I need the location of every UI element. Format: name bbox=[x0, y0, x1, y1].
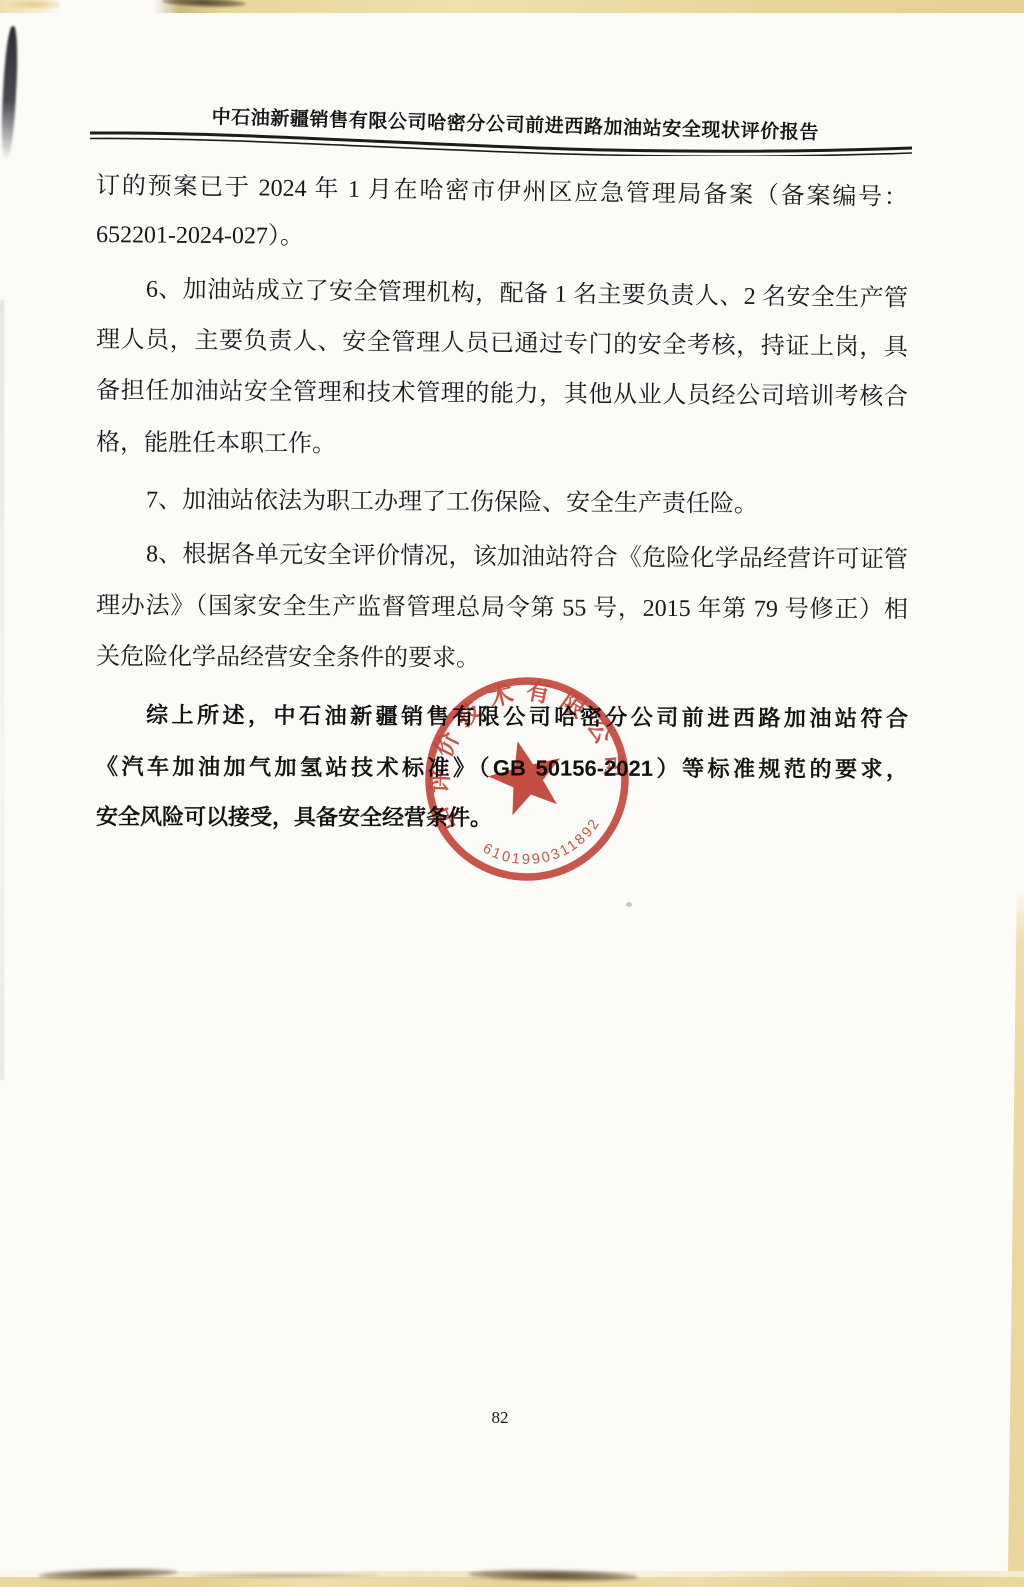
body-line: 6、加油站成立了安全管理机构，配备 1 名主要负责人、2 名安全生产管 bbox=[96, 271, 908, 317]
company-seal: 中评价技术有限公司 6101990311892 bbox=[409, 661, 645, 897]
body-line: 652201-2024-027）。 bbox=[96, 217, 908, 260]
scan-smudge-left bbox=[0, 26, 20, 161]
page-number: 82 bbox=[0, 1408, 1000, 1428]
header-double-rule bbox=[88, 126, 914, 156]
body-line: 订的预案已于 2024 年 1 月在哈密市伊州区应急管理局备案（备案编号： bbox=[96, 168, 908, 216]
scan-corner-mark bbox=[8, 0, 60, 9]
scan-edge-right bbox=[1008, 888, 1024, 1573]
body-line: 理办法》（国家安全生产监督管理总局令第 55 号，2015 年第 79 号修正）… bbox=[96, 588, 908, 628]
scan-edge-top bbox=[0, 0, 1024, 13]
body-line: 理人员，主要负责人、安全管理人员已通过专门的安全考核，持证上岗，具 bbox=[96, 322, 908, 366]
body-line: 格，能胜任本职工作。 bbox=[96, 425, 908, 466]
scan-speck bbox=[626, 902, 632, 907]
body-line: 8、根据各单元安全评价情况，该加油站符合《危险化学品经营许可证管 bbox=[96, 536, 908, 578]
seal-star-icon bbox=[482, 732, 571, 818]
body-line: 备担任加油站安全管理和技术管理的能力，其他从业人员经公司培训考核合 bbox=[96, 373, 908, 415]
body-line: 7、加油站依法为职工办理了工伤保险、安全生产责任险。 bbox=[96, 482, 908, 524]
scanned-report-page: 中石油新疆销售有限公司哈密分公司前进西路加油站安全现状评价报告 订的预案已于 2… bbox=[0, 0, 1024, 1587]
scan-streak-left bbox=[0, 300, 4, 1080]
scan-smudge-bottom-faint bbox=[190, 1573, 380, 1578]
